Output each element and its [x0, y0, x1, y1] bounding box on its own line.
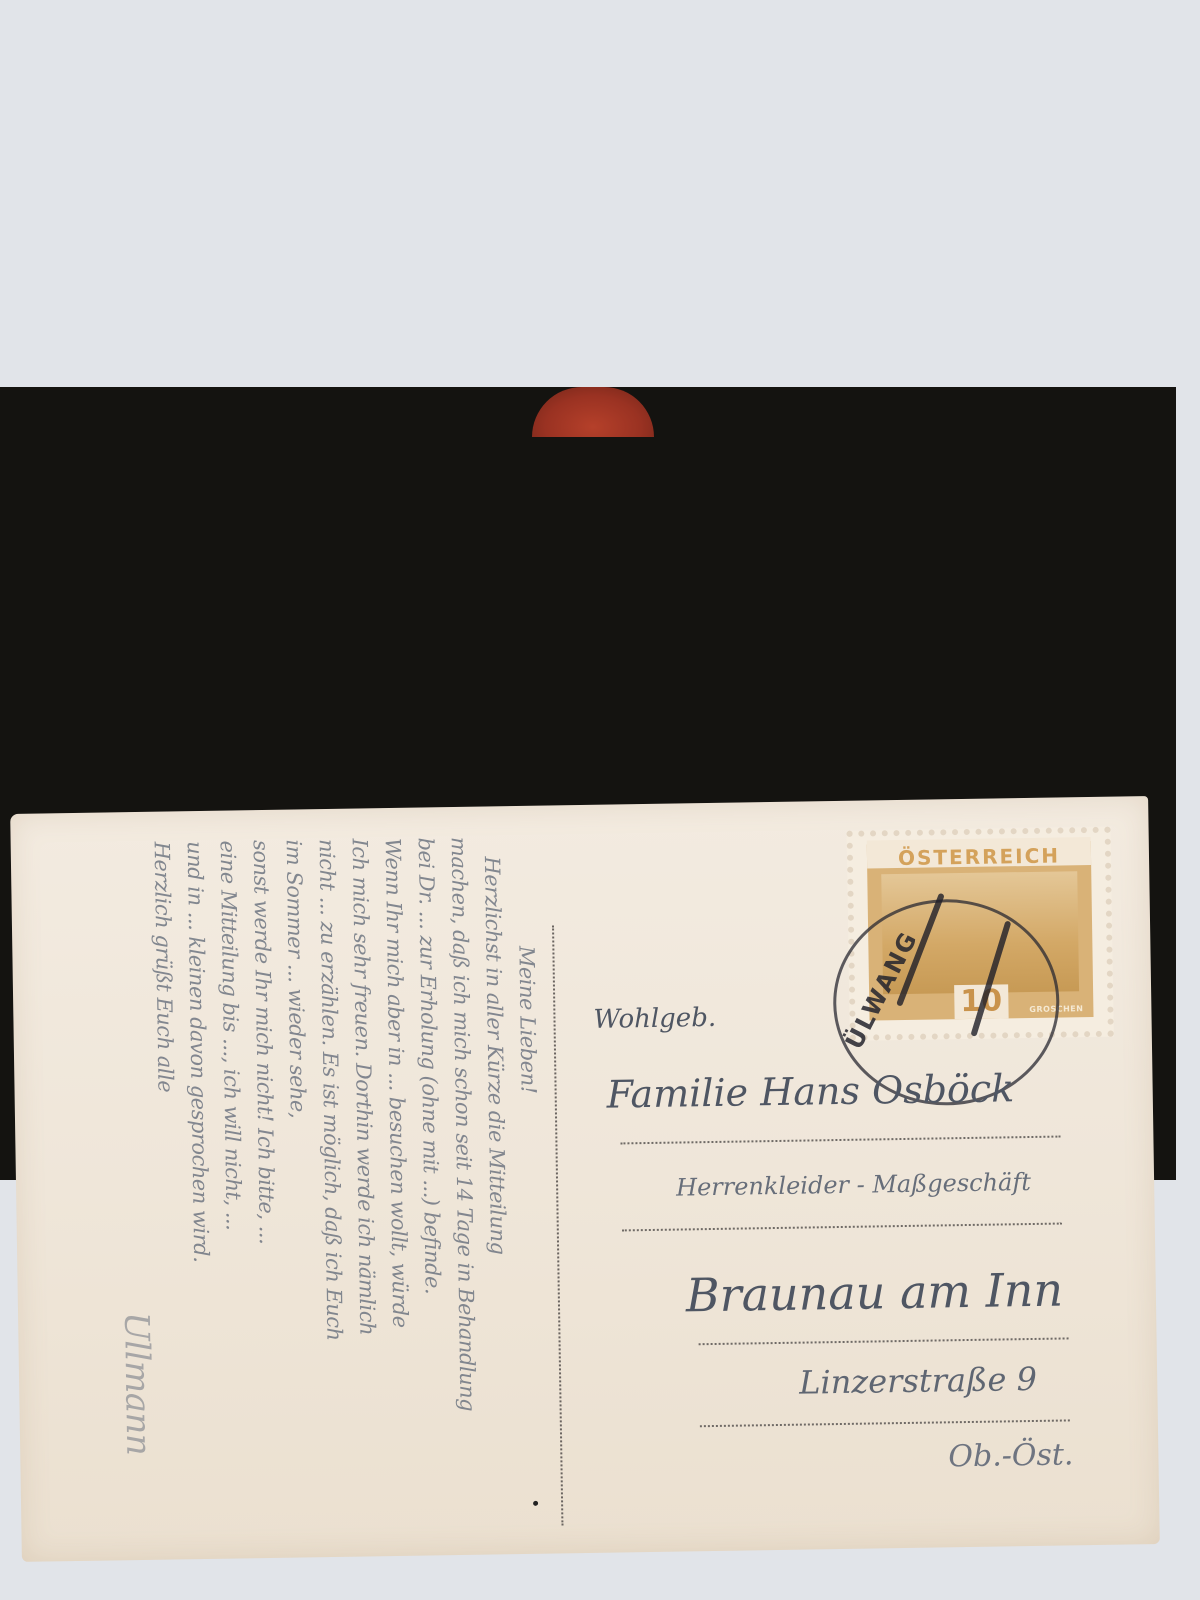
- recipient-city: Braunau am Inn: [685, 1263, 1063, 1323]
- address-salutation: Wohlgeb.: [593, 1003, 716, 1035]
- recipient-region: Ob.-Öst.: [948, 1437, 1074, 1474]
- handwritten-message: Meine Lieben! Herzlichst in aller Kürze …: [31, 836, 552, 1534]
- stamp-country: ÖSTERREICH: [867, 837, 1091, 869]
- recipient-street: Linzerstraße 9: [799, 1360, 1037, 1402]
- red-clip: [532, 387, 654, 437]
- photo-background: Meine Lieben! Herzlichst in aller Kürze …: [0, 387, 1176, 1180]
- address-rule: [620, 1136, 1060, 1145]
- recipient-business: Herrenkleider - Maßgeschäft: [676, 1168, 1031, 1202]
- ink-dot: [533, 1501, 538, 1506]
- center-divider: [552, 925, 563, 1525]
- postcard: Meine Lieben! Herzlichst in aller Kürze …: [10, 796, 1160, 1562]
- address-rule: [699, 1337, 1069, 1345]
- address-rule: [622, 1223, 1062, 1232]
- address-rule: [700, 1419, 1070, 1427]
- recipient-name: Familie Hans Osböck: [606, 1066, 1014, 1116]
